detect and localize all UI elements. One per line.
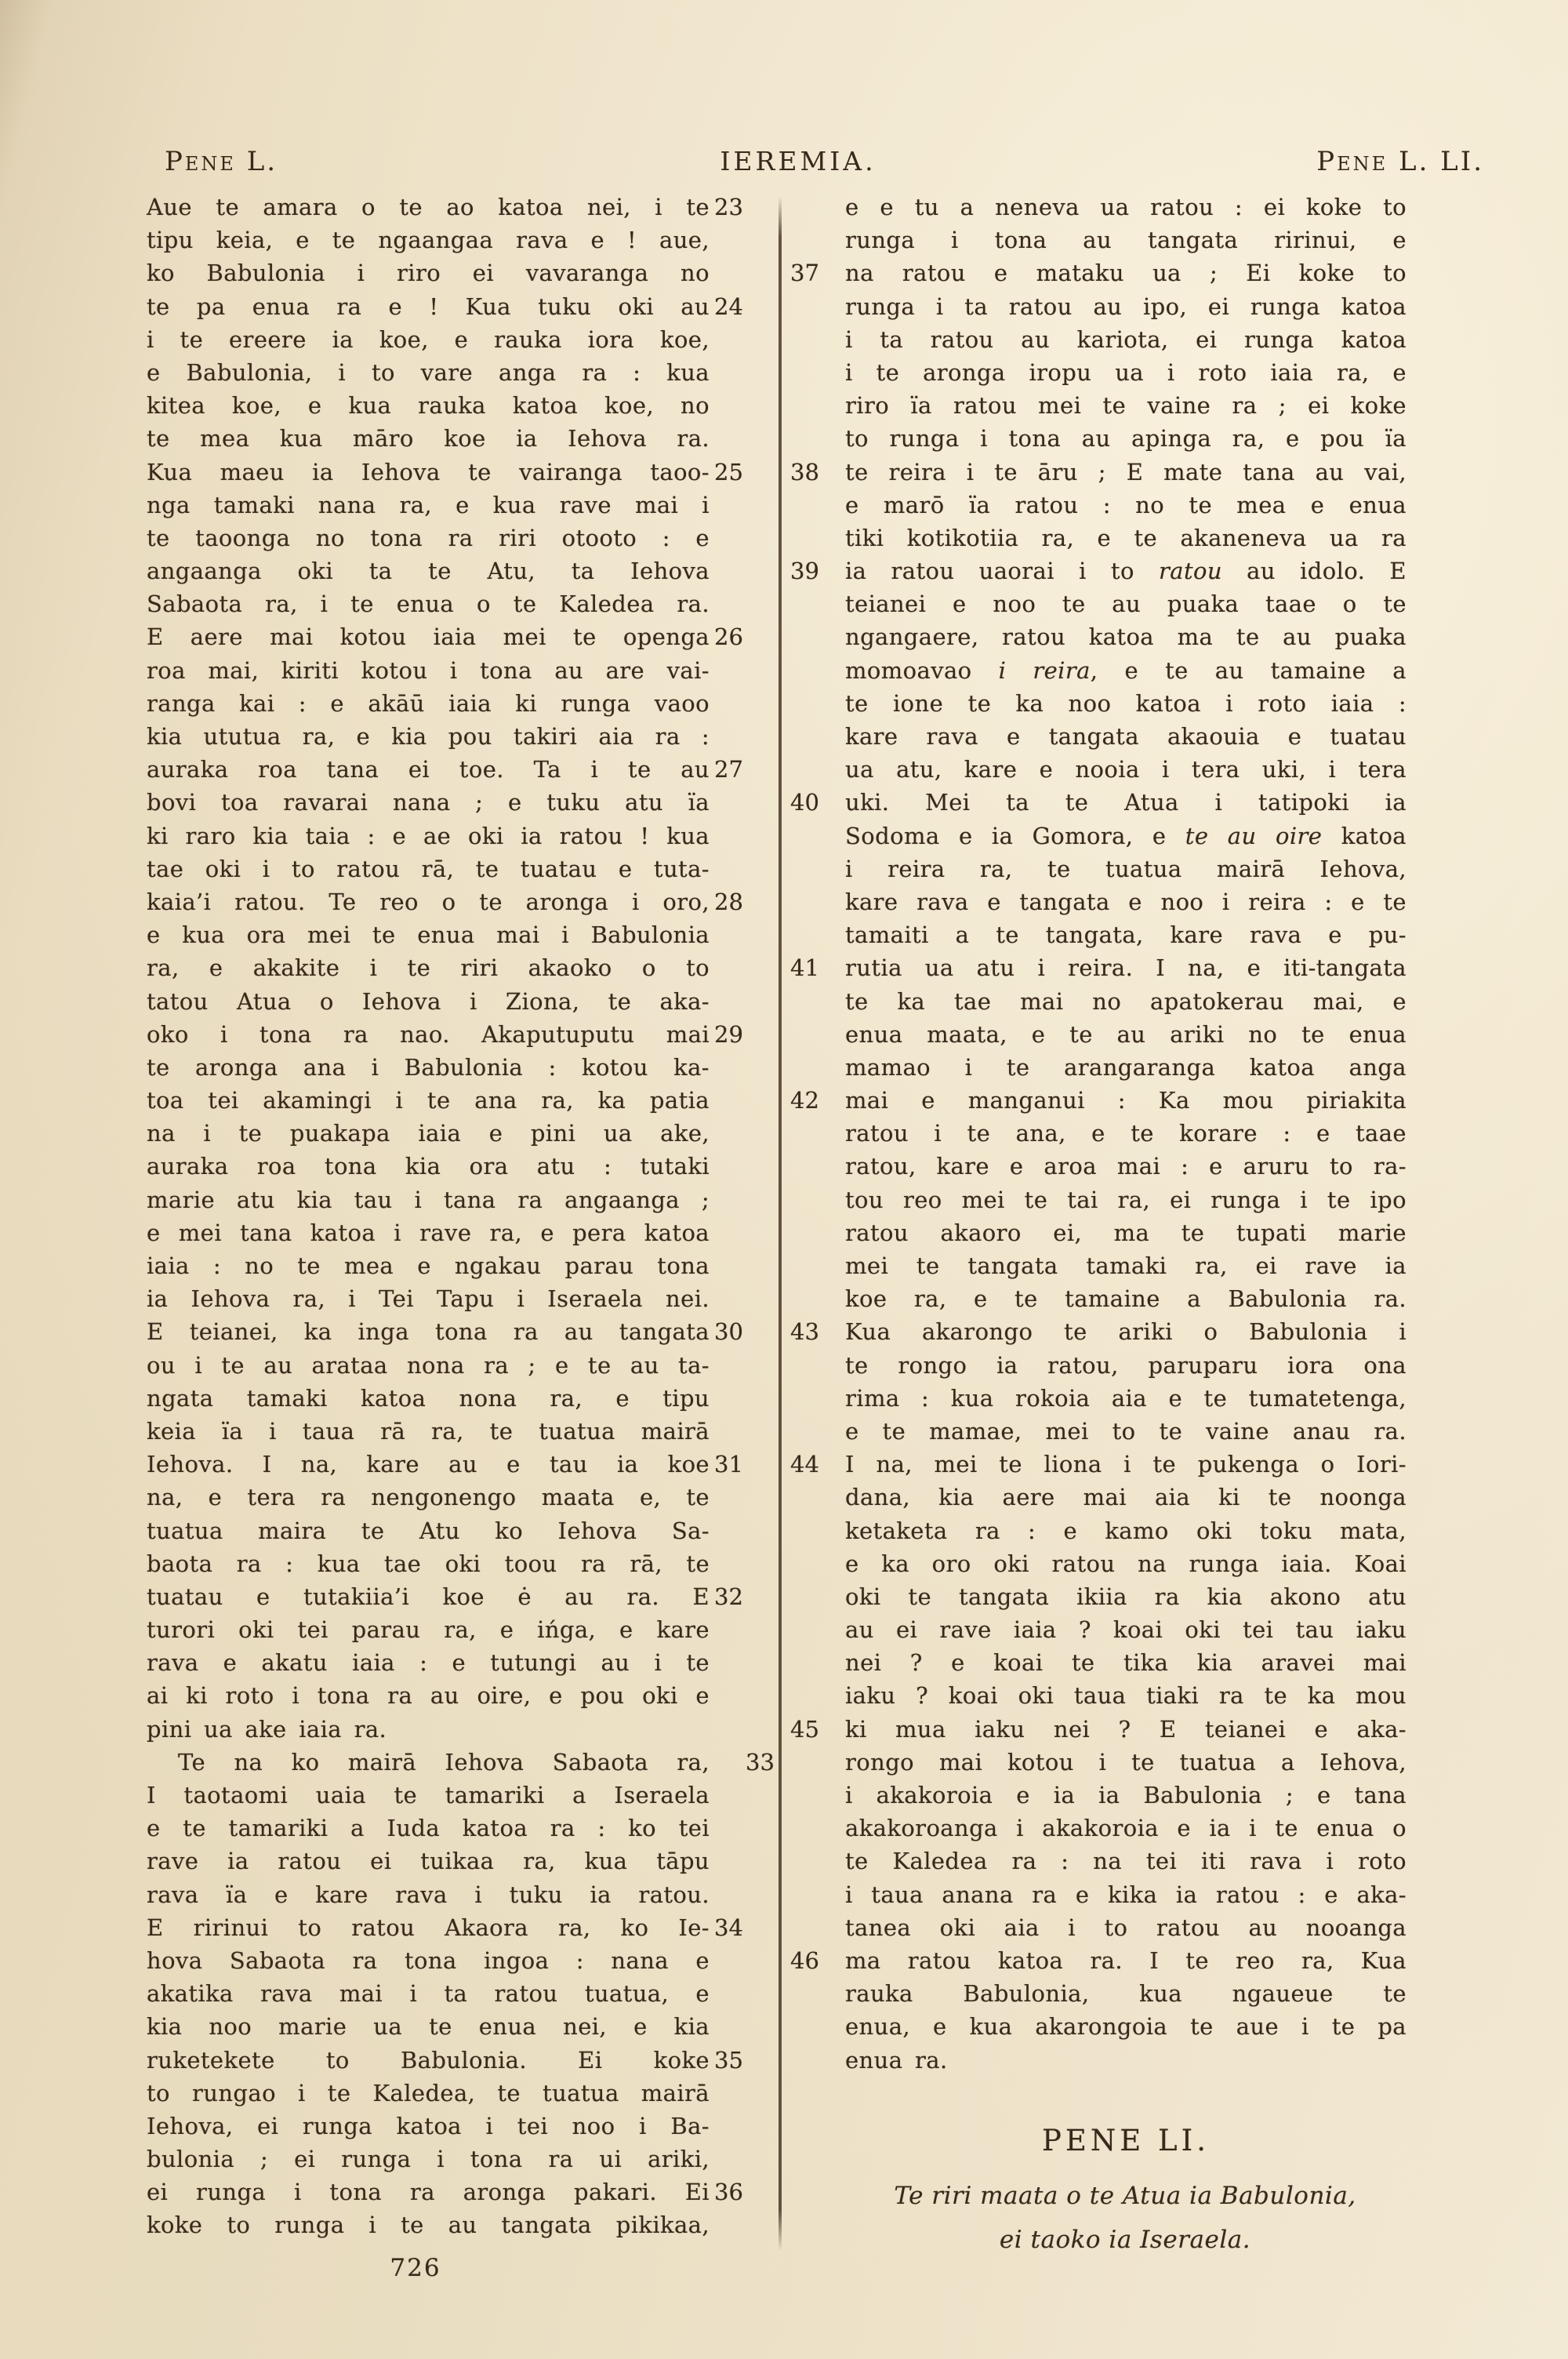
text-line: rauka Babulonia, kua ngaueue te [845, 1977, 1406, 2010]
line-text: E ririnui to ratou Akaora ra, ko Ie- [147, 1914, 710, 1941]
text-line: bulonia ; ei runga i tona ra ui ariki, [147, 2143, 710, 2175]
verse-number: 44 [790, 1448, 836, 1481]
line-text: rava e akatu iaia : e tutungi au i te [147, 1649, 710, 1676]
line-text: ratou i te ana, e te korare : e taae [845, 1120, 1406, 1147]
text-line: runga i ta ratou au ipo, ei runga katoa [845, 290, 1406, 323]
line-text: te pa enua ra e ! Kua tuku oki au [147, 293, 710, 320]
line-text: kitea koe, e kua rauka katoa koe, no [147, 392, 710, 419]
text-line: Aue te amara o te ao katoa nei, i te23 [147, 191, 710, 224]
line-text: na, e tera ra nengonengo maata e, te [147, 1484, 710, 1510]
text-line: i taua anana ra e kika ia ratou : e aka- [845, 1878, 1406, 1911]
line-text: iaku ? koai oki taua tiaki ra te ka mou [845, 1682, 1406, 1709]
line-text: mamao i te arangaranga katoa anga [845, 1054, 1406, 1081]
text-line: i akakoroia e ia ia Babulonia ; e tana [845, 1779, 1406, 1812]
text-line: e marō ïa ratou : no te mea e enua [845, 489, 1406, 522]
line-text: koe ra, e te tamaine a Babulonia ra. [845, 1285, 1406, 1312]
text-line: i reira ra, te tuatua mairā Iehova, [845, 852, 1406, 885]
line-text: tae oki i to ratou rā, te tuatau e tuta- [147, 856, 710, 882]
text-line: ngata tamaki katoa nona ra, e tipu [147, 1382, 710, 1415]
line-text: Sabaota ra, i te enua o te Kaledea ra. [147, 591, 710, 617]
line-text: te rongo ia ratou, paruparu iora ona [845, 1352, 1406, 1379]
verse-number: 29 [714, 1018, 761, 1051]
line-text: angaanga oki ta te Atu, ta Iehova [147, 558, 710, 584]
line-text: mei te tangata tamaki ra, ei rave ia [845, 1252, 1406, 1279]
text-line: tamaiti a te tangata, kare rava e pu- [845, 918, 1406, 951]
line-text: ko Babulonia i riro ei vavaranga no [147, 260, 710, 286]
text-line: e kua ora mei te enua mai i Babulonia [147, 918, 710, 951]
verse-number: 25 [714, 456, 761, 489]
text-line: nga tamaki nana ra, e kua rave mai i [147, 489, 710, 522]
text-line: e ka oro oki ratou na runga iaia. Koai [845, 1547, 1406, 1580]
text-line: i te ereere ia koe, e rauka iora koe, [147, 323, 710, 356]
line-text: ngata tamaki katoa nona ra, e tipu [147, 1385, 710, 1412]
verse-number: 40 [790, 786, 836, 819]
line-text: ra, e akakite i te riri akaoko o to [147, 954, 710, 981]
line-text: tuatua maira te Atu ko Iehova Sa- [147, 1518, 710, 1544]
chapter-heading: PENE LI. [845, 2122, 1406, 2160]
line-text: rava ïa e kare rava i tuku ia ratou. [147, 1881, 710, 1908]
text-line: na ratou e mataku ua ; Ei koke to37 [845, 256, 1406, 289]
line-text: ki raro kia taia : e ae oki ia ratou ! k… [147, 823, 710, 849]
line-text: ki mua iaku nei ? E teianei e aka- [845, 1716, 1406, 1743]
text-line: Iehova, ei runga katoa i tei noo i Ba- [147, 2110, 710, 2143]
text-line: ua atu, kare e nooia i tera uki, i tera [845, 753, 1406, 786]
text-line: tuatau e tutakiia’i koe ė au ra. E32 [147, 1580, 710, 1613]
verse-number: 31 [714, 1448, 761, 1481]
text-line: marie atu kia tau i tana ra angaanga ; [147, 1183, 710, 1216]
text-line: pini ua ake iaia ra. [147, 1713, 710, 1746]
text-line: ki raro kia taia : e ae oki ia ratou ! k… [147, 820, 710, 852]
text-line: Iehova. I na, kare au e tau ia koe31 [147, 1448, 710, 1481]
text-line: te pa enua ra e ! Kua tuku oki au24 [147, 290, 710, 323]
text-line: te mea kua māro koe ia Iehova ra. [147, 422, 710, 455]
line-text: tamaiti a te tangata, kare rava e pu- [845, 921, 1406, 948]
line-text: Aue te amara o te ao katoa nei, i te [147, 194, 710, 220]
verse-number: 42 [790, 1084, 836, 1117]
text-line: rava e akatu iaia : e tutungi au i te [147, 1646, 710, 1679]
text-line: I taotaomi uaia te tamariki a Iseraela [147, 1779, 710, 1812]
text-line: teianei e noo te au puaka taae o te [845, 587, 1406, 620]
text-line: toa tei akamingi i te ana ra, ka patia [147, 1084, 710, 1117]
line-text: rutia ua atu i reira. I na, e iti-tangat… [845, 954, 1406, 981]
text-line: koke to runga i te au tangata pikikaa, [147, 2208, 710, 2241]
line-text: Iehova, ei runga katoa i tei noo i Ba- [147, 2113, 710, 2139]
text-line: na, e tera ra nengonengo maata e, te [147, 1481, 710, 1514]
line-text: ketaketa ra : e kamo oki toku mata, [845, 1518, 1406, 1544]
line-text: na i te puakapa iaia e pini ua ake, [147, 1120, 710, 1147]
line-text: ou i te au arataa nona ra ; e te au ta- [147, 1352, 710, 1379]
line-text: na ratou e mataku ua ; Ei koke to [845, 260, 1406, 286]
verse-number: 28 [714, 885, 761, 918]
text-line: uki. Mei ta te Atua i tatipoki ia40 [845, 786, 1406, 819]
text-line: akatika rava mai i ta ratou tuatua, e [147, 1977, 710, 2010]
text-line: enua, e kua akarongoia te aue i te pa [845, 2010, 1406, 2043]
text-line: kia ututua ra, e kia pou takiri aia ra : [147, 720, 710, 753]
text-line: ai ki roto i tona ra au oire, e pou oki … [147, 1679, 710, 1712]
text-line: i ta ratou au kariota, ei runga katoa [845, 323, 1406, 356]
line-text: rauka Babulonia, kua ngaueue te [845, 1980, 1406, 2007]
text-line: ratou i te ana, e te korare : e taae [845, 1117, 1406, 1150]
text-line: te Kaledea ra : na tei iti rava i roto [845, 1845, 1406, 1877]
verse-number: 36 [714, 2175, 761, 2208]
text-line: mei te tangata tamaki ra, ei rave ia [845, 1249, 1406, 1282]
line-text: oko i tona ra nao. Akaputuputu mai [147, 1021, 710, 1048]
line-text: e kua ora mei te enua mai i Babulonia [147, 921, 710, 948]
line-text: to runga i tona au apinga ra, e pou ïa [845, 425, 1406, 452]
line-text: ruketekete to Babulonia. Ei koke [147, 2047, 710, 2074]
line-text: Kua maeu ia Iehova te vairanga taoo- [147, 459, 710, 485]
text-line: roa mai, kiriti kotou i tona au are vai- [147, 654, 710, 687]
text-line: te ione te ka noo katoa i roto iaia : [845, 687, 1406, 720]
line-text: auraka roa tana ei toe. Ta i te au [147, 756, 710, 783]
line-text: tuatau e tutakiia’i koe ė au ra. E [147, 1583, 710, 1610]
line-text: i taua anana ra e kika ia ratou : e aka- [845, 1881, 1406, 1908]
line-text: roa mai, kiriti kotou i tona au are vai- [147, 657, 710, 684]
verse-number: 33 [714, 1746, 761, 1779]
text-line: ra, e akakite i te riri akaoko o to [147, 951, 710, 984]
line-text: koke to runga i te au tangata pikikaa, [147, 2212, 710, 2238]
line-text: tipu keia, e te ngaangaa rava e ! aue, [147, 227, 710, 253]
text-line: E ririnui to ratou Akaora ra, ko Ie-34 [147, 1911, 710, 1944]
text-line: E aere mai kotou iaia mei te openga26 [147, 620, 710, 653]
line-text: kia ututua ra, e kia pou takiri aia ra : [147, 723, 710, 750]
text-line: enua ra. [845, 2044, 1406, 2077]
line-text: nei ? e koai te tika kia aravei mai [845, 1649, 1406, 1676]
text-line: koe ra, e te tamaine a Babulonia ra. [845, 1282, 1406, 1315]
line-text: hova Sabaota ra tona ingoa : nana e [147, 1947, 710, 1974]
line-text: ai ki roto i tona ra au oire, e pou oki … [147, 1682, 710, 1709]
text-line: ko Babulonia i riro ei vavaranga no [147, 256, 710, 289]
line-text: i ta ratou au kariota, ei runga katoa [845, 326, 1406, 353]
text-line: to runga i tona au apinga ra, e pou ïa [845, 422, 1406, 455]
text-line: baota ra : kua tae oki toou ra rā, te [147, 1547, 710, 1580]
text-line: runga i tona au tangata ririnui, e [845, 224, 1406, 256]
line-text: e Babulonia, i to vare anga ra : kua [147, 359, 710, 386]
text-line: iaku ? koai oki taua tiaki ra te ka mou [845, 1679, 1406, 1712]
text-line: ruketekete to Babulonia. Ei koke35 [147, 2044, 710, 2077]
line-text: te reira i te āru ; E mate tana au vai, [845, 459, 1406, 485]
running-head-book-title: IEREMIA. [720, 143, 876, 180]
text-line: momoavao i reira, e te au tamaine a [845, 654, 1406, 687]
text-line: tuatua maira te Atu ko Iehova Sa- [147, 1514, 710, 1547]
line-text: enua maata, e te au ariki no te enua [845, 1021, 1406, 1048]
text-line: Sabaota ra, i te enua o te Kaledea ra. [147, 587, 710, 620]
line-text: e ka oro oki ratou na runga iaia. Koai [845, 1550, 1406, 1577]
text-line: ia ratou uaorai i to ratou au idolo. E39 [845, 554, 1406, 587]
verse-number: 32 [714, 1580, 761, 1613]
verse-number: 35 [714, 2044, 761, 2077]
line-text: I taotaomi uaia te tamariki a Iseraela [147, 1782, 710, 1808]
text-line: kare rava e tangata akaouia e tuatau [845, 720, 1406, 753]
line-text: ia Iehova ra, i Tei Tapu i Iseraela nei. [147, 1285, 710, 1312]
line-text: marie atu kia tau i tana ra angaanga ; [147, 1187, 710, 1213]
text-line: na i te puakapa iaia e pini ua ake, [147, 1117, 710, 1150]
line-text: kare rava e tangata e noo i reira : e te [845, 889, 1406, 915]
text-line: te rongo ia ratou, paruparu iora ona [845, 1349, 1406, 1382]
column-divider-rule [779, 196, 782, 2251]
line-text: rima : kua rokoia aia e te tumatetenga, [845, 1385, 1406, 1412]
running-head-chapter-left: Pene L. [165, 143, 278, 180]
text-line: au ei rave iaia ? koai oki tei tau iaku [845, 1613, 1406, 1646]
line-text: i te aronga iropu ua i roto iaia ra, e [845, 359, 1406, 386]
verse-number: 24 [714, 290, 761, 323]
line-text: nga tamaki nana ra, e kua rave mai i [147, 492, 710, 518]
line-text: oki te tangata ikiia ra kia akono atu [845, 1583, 1406, 1610]
text-line: rima : kua rokoia aia e te tumatetenga, [845, 1382, 1406, 1415]
text-line: tanea oki aia i to ratou au nooanga [845, 1911, 1406, 1944]
line-text: tanea oki aia i to ratou au nooanga [845, 1914, 1406, 1941]
line-text: enua, e kua akarongoia te aue i te pa [845, 2013, 1406, 2040]
line-text: runga i ta ratou au ipo, ei runga katoa [845, 293, 1406, 320]
line-text: ngangaere, ratou katoa ma te au puaka [845, 623, 1406, 650]
line-text: uki. Mei ta te Atua i tatipoki ia [845, 789, 1406, 816]
line-text: te mea kua māro koe ia Iehova ra. [147, 425, 710, 452]
text-line: akakoroanga i akakoroia e ia i te enua o [845, 1812, 1406, 1845]
text-line: enua maata, e te au ariki no te enua [845, 1018, 1406, 1051]
line-text: momoavao i reira, e te au tamaine a [845, 657, 1406, 684]
line-text: ranga kai : e akāū iaia ki runga vaoo [147, 690, 710, 717]
line-text: Sodoma e ia Gomora, e te au oire katoa [845, 823, 1406, 849]
line-text: te taoonga no tona ra riri otooto : e [147, 525, 710, 551]
line-text: tou reo mei te tai ra, ei runga i te ipo [845, 1187, 1406, 1213]
text-line: kaia’i ratou. Te reo o te aronga i oro,2… [147, 885, 710, 918]
line-text: i akakoroia e ia ia Babulonia ; e tana [845, 1782, 1406, 1808]
line-text: mai e manganui : Ka mou piriakita [845, 1087, 1406, 1114]
line-text: e marō ïa ratou : no te mea e enua [845, 492, 1406, 518]
text-line: ou i te au arataa nona ra ; e te au ta- [147, 1349, 710, 1382]
line-text: rave ia ratou ei tuikaa ra, kua tāpu [147, 1848, 710, 1874]
chapter-subtitle-line: ei taoko ia Iseraela. [815, 2218, 1435, 2262]
text-line: rava ïa e kare rava i tuku ia ratou. [147, 1878, 710, 1911]
text-line: e e tu a neneva ua ratou : ei koke to [845, 191, 1406, 224]
text-line: riro ïa ratou mei te vaine ra ; ei koke [845, 389, 1406, 422]
line-text: akatika rava mai i ta ratou tuatua, e [147, 1980, 710, 2007]
line-text: te Kaledea ra : na tei iti rava i roto [845, 1848, 1406, 1874]
line-text: te aronga ana i Babulonia : kotou ka- [147, 1054, 710, 1081]
line-text: Iehova. I na, kare au e tau ia koe [147, 1451, 710, 1478]
text-line: ketaketa ra : e kamo oki toku mata, [845, 1514, 1406, 1547]
line-text: kare rava e tangata akaouia e tuatau [845, 723, 1406, 750]
line-text: pini ua ake iaia ra. [147, 1716, 387, 1743]
text-line: ia Iehova ra, i Tei Tapu i Iseraela nei. [147, 1282, 710, 1315]
line-text: enua ra. [845, 2047, 948, 2074]
text-line: ma ratou katoa ra. I te reo ra, Kua46 [845, 1944, 1406, 1977]
text-line: i te aronga iropu ua i roto iaia ra, e [845, 356, 1406, 389]
text-line: Kua akarongo te ariki o Babulonia i43 [845, 1315, 1406, 1348]
line-text: kaia’i ratou. Te reo o te aronga i oro, [147, 889, 710, 915]
text-line: rave ia ratou ei tuikaa ra, kua tāpu [147, 1845, 710, 1877]
line-text: i te ereere ia koe, e rauka iora koe, [147, 326, 710, 353]
text-line: tiki kotikotiia ra, e te akaneneva ua ra [845, 522, 1406, 554]
line-text: ua atu, kare e nooia i tera uki, i tera [845, 756, 1406, 783]
line-text: akakoroanga i akakoroia e ia i te enua o [845, 1815, 1406, 1841]
text-line: Kua maeu ia Iehova te vairanga taoo-25 [147, 456, 710, 489]
text-line: ei runga i tona ra aronga pakari. Ei36 [147, 2175, 710, 2208]
line-text: E teianei, ka inga tona ra au tangata [147, 1318, 710, 1345]
text-line: kia noo marie ua te enua nei, e kia [147, 2010, 710, 2043]
line-text: kia noo marie ua te enua nei, e kia [147, 2013, 710, 2040]
text-line: kare rava e tangata e noo i reira : e te [845, 885, 1406, 918]
line-text: Te na ko mairā Iehova Sabaota ra, [178, 1749, 710, 1776]
line-text: ei runga i tona ra aronga pakari. Ei [147, 2179, 710, 2205]
line-text: i reira ra, te tuatua mairā Iehova, [845, 856, 1406, 882]
verse-number: 34 [714, 1911, 761, 1944]
running-head: Pene L. IEREMIA. Pene L. LI. [0, 143, 1568, 180]
verse-number: 27 [714, 753, 761, 786]
running-head-chapter-right: Pene L. LI. [1316, 143, 1484, 180]
line-text: ratou, kare e aroa mai : e aruru to ra- [845, 1153, 1406, 1179]
line-text: dana, kia aere mai aia ki te noonga [845, 1484, 1406, 1510]
text-line: iaia : no te mea e ngakau parau tona [147, 1249, 710, 1282]
line-text: E aere mai kotou iaia mei te openga [147, 623, 710, 650]
line-text: te ione te ka noo katoa i roto iaia : [845, 690, 1406, 717]
text-line: turori oki tei parau ra, e ińga, e kare [147, 1613, 710, 1646]
verse-number: 41 [790, 951, 836, 984]
verse-number: 30 [714, 1315, 761, 1348]
line-text: rongo mai kotou i te tuatua a Iehova, [845, 1749, 1406, 1776]
left-text-column: Aue te amara o te ao katoa nei, i te23ti… [147, 191, 710, 2242]
verse-number: 23 [714, 191, 761, 224]
text-line: ki mua iaku nei ? E teianei e aka-45 [845, 1713, 1406, 1746]
line-text: e te mamae, mei to te vaine anau ra. [845, 1418, 1406, 1445]
text-line: ratou, kare e aroa mai : e aruru to ra- [845, 1150, 1406, 1183]
book-page: Pene L. IEREMIA. Pene L. LI. Aue te amar… [0, 0, 1568, 2359]
line-text: toa tei akamingi i te ana ra, ka patia [147, 1087, 710, 1114]
text-line: e te tamariki a Iuda katoa ra : ko tei [147, 1812, 710, 1845]
text-line: nei ? e koai te tika kia aravei mai [845, 1646, 1406, 1679]
right-text-column: e e tu a neneva ua ratou : ei koke torun… [845, 191, 1406, 2077]
text-line: e mei tana katoa i rave ra, e pera katoa [147, 1216, 710, 1249]
text-line: Te na ko mairā Iehova Sabaota ra,33 [147, 1746, 710, 1779]
text-line: hova Sabaota ra tona ingoa : nana e [147, 1944, 710, 1977]
text-line: tou reo mei te tai ra, ei runga i te ipo [845, 1183, 1406, 1216]
line-text: tatou Atua o Iehova i Ziona, te aka- [147, 988, 710, 1015]
line-text: auraka roa tona kia ora atu : tutaki [147, 1153, 710, 1179]
text-line: mai e manganui : Ka mou piriakita42 [845, 1084, 1406, 1117]
verse-number: 37 [790, 256, 836, 289]
line-text: baota ra : kua tae oki toou ra rā, te [147, 1550, 710, 1577]
page-number: 726 [125, 2249, 706, 2287]
line-text: keia ïa i taua rā ra, te tuatua mairā [147, 1418, 710, 1445]
text-line: oko i tona ra nao. Akaputuputu mai29 [147, 1018, 710, 1051]
verse-number: 38 [790, 456, 836, 489]
chapter-subtitle-line: Te riri maata o te Atua ia Babulonia, [815, 2174, 1435, 2218]
line-text: e mei tana katoa i rave ra, e pera katoa [147, 1219, 710, 1246]
text-line: te aronga ana i Babulonia : kotou ka- [147, 1051, 710, 1084]
text-line: E teianei, ka inga tona ra au tangata30 [147, 1315, 710, 1348]
text-line: I na, mei te liona i te pukenga o Iori-4… [845, 1448, 1406, 1481]
text-line: keia ïa i taua rā ra, te tuatua mairā [147, 1415, 710, 1448]
text-line: ranga kai : e akāū iaia ki runga vaoo [147, 687, 710, 720]
text-line: te taoonga no tona ra riri otooto : e [147, 522, 710, 554]
line-text: Kua akarongo te ariki o Babulonia i [845, 1318, 1406, 1345]
line-text: e e tu a neneva ua ratou : ei koke to [845, 194, 1406, 220]
line-text: riro ïa ratou mei te vaine ra ; ei koke [845, 392, 1406, 419]
text-line: bovi toa ravarai nana ; e tuku atu ïa [147, 786, 710, 819]
text-line: auraka roa tana ei toe. Ta i te au27 [147, 753, 710, 786]
verse-number: 43 [790, 1315, 836, 1348]
line-text: ia ratou uaorai i to ratou au idolo. E [845, 558, 1406, 584]
line-text: au ei rave iaia ? koai oki tei tau iaku [845, 1616, 1406, 1643]
line-text: teianei e noo te au puaka taae o te [845, 591, 1406, 617]
line-text: ratou akaoro ei, ma te tupati marie [845, 1219, 1406, 1246]
text-line: dana, kia aere mai aia ki te noonga [845, 1481, 1406, 1514]
chapter-subtitle: Te riri maata o te Atua ia Babulonia, ei… [815, 2174, 1435, 2262]
line-text: ma ratou katoa ra. I te reo ra, Kua [845, 1947, 1406, 1974]
text-line: tatou Atua o Iehova i Ziona, te aka- [147, 985, 710, 1018]
text-line: tipu keia, e te ngaangaa rava e ! aue, [147, 224, 710, 256]
line-text: turori oki tei parau ra, e ińga, e kare [147, 1616, 710, 1643]
line-text: runga i tona au tangata ririnui, e [845, 227, 1406, 253]
text-line: auraka roa tona kia ora atu : tutaki [147, 1150, 710, 1183]
line-text: I na, mei te liona i te pukenga o Iori- [845, 1451, 1406, 1478]
line-text: iaia : no te mea e ngakau parau tona [147, 1252, 710, 1279]
text-line: ratou akaoro ei, ma te tupati marie [845, 1216, 1406, 1249]
line-text: bovi toa ravarai nana ; e tuku atu ïa [147, 789, 710, 816]
text-line: ngangaere, ratou katoa ma te au puaka [845, 620, 1406, 653]
text-line: mamao i te arangaranga katoa anga [845, 1051, 1406, 1084]
line-text: te ka tae mai no apatokerau mai, e [845, 988, 1406, 1015]
line-text: e te tamariki a Iuda katoa ra : ko tei [147, 1815, 710, 1841]
line-text: bulonia ; ei runga i tona ra ui ariki, [147, 2146, 710, 2172]
text-line: te ka tae mai no apatokerau mai, e [845, 985, 1406, 1018]
line-text: tiki kotikotiia ra, e te akaneneva ua ra [845, 525, 1406, 551]
text-line: te reira i te āru ; E mate tana au vai,3… [845, 456, 1406, 489]
text-line: Sodoma e ia Gomora, e te au oire katoa [845, 820, 1406, 852]
verse-number: 26 [714, 620, 761, 653]
text-line: to rungao i te Kaledea, te tuatua mairā [147, 2077, 710, 2110]
verse-number: 46 [790, 1944, 836, 1977]
text-line: e Babulonia, i to vare anga ra : kua [147, 356, 710, 389]
verse-number: 39 [790, 554, 836, 587]
line-text: to rungao i te Kaledea, te tuatua mairā [147, 2080, 710, 2106]
text-line: oki te tangata ikiia ra kia akono atu [845, 1580, 1406, 1613]
verse-number: 45 [790, 1713, 836, 1746]
text-line: kitea koe, e kua rauka katoa koe, no [147, 389, 710, 422]
text-line: rongo mai kotou i te tuatua a Iehova, [845, 1746, 1406, 1779]
text-line: tae oki i to ratou rā, te tuatau e tuta- [147, 852, 710, 885]
text-line: e te mamae, mei to te vaine anau ra. [845, 1415, 1406, 1448]
text-line: rutia ua atu i reira. I na, e iti-tangat… [845, 951, 1406, 984]
text-line: angaanga oki ta te Atu, ta Iehova [147, 554, 710, 587]
